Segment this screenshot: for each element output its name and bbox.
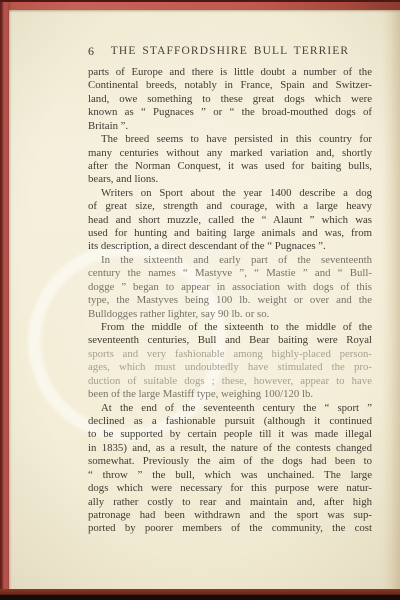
book-cover-edge-left [0, 2, 9, 592]
text-line: somewhat. Previously the aim of the dogs… [88, 455, 372, 468]
book-cover-edge-top [0, 2, 400, 10]
text-line: Britain ”. [88, 120, 372, 133]
text-line: The breed seems to have persisted in thi… [88, 133, 372, 146]
running-title: THE STAFFORDSHIRE BULL TERRIER [88, 44, 372, 58]
text-line: At the end of the seventeenth century th… [88, 402, 372, 415]
text-line: dogge ” began to appear in association w… [88, 281, 372, 294]
text-line: ally rather costly to rear and maintain … [88, 496, 372, 509]
text-line: dogs which were necessary for this purpo… [88, 482, 372, 495]
text-line: in 1835) and, as a result, the nature of… [88, 442, 372, 455]
page-body: parts of Europe and there is little doub… [88, 66, 372, 536]
text-line: Writers on Sport about the year 1400 des… [88, 187, 372, 200]
text-line: From the middle of the sixteenth to the … [88, 321, 372, 334]
text-line: type, the Mastyves being 100 lb. weight … [88, 294, 372, 307]
page-header: 6 THE STAFFORDSHIRE BULL TERRIER [88, 44, 372, 58]
text-line: century the names “ Mastyve ”, “ Mastie … [88, 267, 372, 280]
text-line: ages, which must undoubtedly have stimul… [88, 361, 372, 374]
text-line: been of the large Mastiff type, weighing… [88, 388, 372, 401]
text-line: “ throw ” the bull, which was unchained.… [88, 469, 372, 482]
text-line: patronage had been withdrawn and the spo… [88, 509, 372, 522]
text-line: known as “ Pugnaces ” or “ the broad-mou… [88, 106, 372, 119]
text-line: Bulldogges rather lighter, say 90 lb. or… [88, 308, 372, 321]
page-number: 6 [88, 44, 94, 58]
text-line: sports and very fashionable among highly… [88, 348, 372, 361]
text-line: to be supported by certain people till i… [88, 428, 372, 441]
text-line: bears, and lions. [88, 173, 372, 186]
book-cover-edge-bottom-dark [0, 595, 400, 600]
text-line: seventeenth centuries, Bull and Bear bai… [88, 334, 372, 347]
text-line: land, owe something to these great dogs … [88, 93, 372, 106]
text-line: used for hunting and baiting large anima… [88, 227, 372, 240]
text-line: parts of Europe and there is little doub… [88, 66, 372, 79]
text-line: many centuries without any marked variat… [88, 147, 372, 160]
scanned-book-page: 6 THE STAFFORDSHIRE BULL TERRIER parts o… [0, 0, 400, 600]
text-line: after the Norman Conquest, it was used f… [88, 160, 372, 173]
text-line: duction of suitable dogs ; these, howeve… [88, 375, 372, 388]
text-line: In the sixteenth and early part of the s… [88, 254, 372, 267]
text-line: ported by poorer members of the communit… [88, 522, 372, 535]
text-line: its description, a direct descendant of … [88, 240, 372, 253]
text-line: head and short muzzle, called the “ Alau… [88, 214, 372, 227]
text-line: of great size, strength and courage, wit… [88, 200, 372, 213]
text-line: Continental breeds, notably in France, S… [88, 79, 372, 92]
text-line: declined as a fashionable pursuit (altho… [88, 415, 372, 428]
